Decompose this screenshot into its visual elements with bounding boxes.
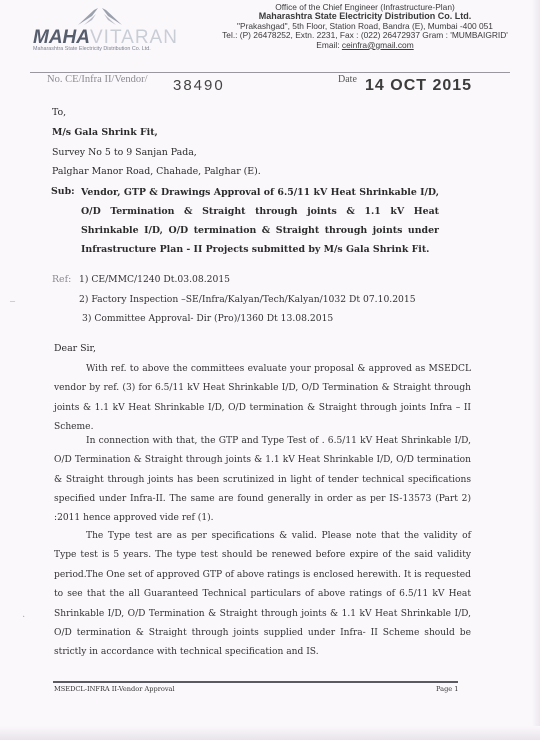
logo-word-vitaran: VITARAN — [90, 27, 178, 48]
margin-mark: · — [22, 612, 25, 623]
reference-number-stamp: 38490 — [173, 77, 225, 94]
logo-tagline: Maharashtra State Electricity Distributi… — [33, 46, 151, 52]
transmission-tower-wings-icon — [70, 6, 130, 26]
footer-page-number: Page 1 — [436, 685, 459, 693]
page-edge-shadow — [532, 0, 540, 740]
subject-label: Sub: — [51, 186, 75, 197]
reference-item-1: 1) CE/MMC/1240 Dt.03.08.2015 — [79, 274, 230, 285]
email-link[interactable]: ceinfra@gmail.com — [342, 40, 414, 50]
header-divider — [30, 72, 510, 73]
page-bottom-shadow — [0, 726, 540, 740]
addressee-line-2: Palghar Manor Road, Chahade, Palghar (E)… — [52, 166, 261, 177]
body-paragraph-4: The One set of approved GTP of above rat… — [54, 566, 471, 662]
logo-wordmark: MAHAVITARAN — [33, 28, 178, 48]
addressee-name: M/s Gala Shrink Fit, — [52, 127, 158, 138]
date-label: Date — [338, 74, 357, 85]
addressee-line-1: Survey No 5 to 9 Sanjan Pada, — [52, 147, 197, 158]
references-label: Ref: — [52, 274, 71, 285]
margin-mark: – — [10, 296, 15, 307]
reference-item-2: 2) Factory Inspection –SE/Infra/Kalyan/T… — [79, 294, 416, 305]
footer-document-title: MSEDCL-INFRA II-Vendor Approval — [54, 685, 175, 693]
body-paragraph-2: In connection with that, the GTP and Typ… — [54, 432, 471, 528]
body-paragraph-1: With ref. to above the committees evalua… — [54, 360, 471, 437]
email-label: Email: — [316, 40, 342, 50]
logo-word-maha: MAHA — [33, 27, 90, 48]
mahavitaran-logo: MAHAVITARAN Maharashtra State Electricit… — [30, 4, 170, 52]
subject-text: Vendor, GTP & Drawings Approval of 6.5/1… — [81, 183, 439, 259]
letter-page: MAHAVITARAN Maharashtra State Electricit… — [0, 0, 540, 740]
footer-divider — [53, 681, 458, 683]
salutation: Dear Sir, — [54, 343, 96, 354]
reference-item-3: 3) Committee Approval- Dir (Pro)/1360 Dt… — [82, 313, 333, 324]
email-line: Email: ceinfra@gmail.com — [190, 41, 540, 50]
date-stamp: 14 OCT 2015 — [365, 77, 472, 95]
reference-number-label: No. CE/Infra II/Vendor/ — [47, 74, 148, 85]
addressee-to: To, — [52, 107, 66, 118]
letterhead: Office of the Chief Engineer (Infrastruc… — [190, 3, 540, 50]
